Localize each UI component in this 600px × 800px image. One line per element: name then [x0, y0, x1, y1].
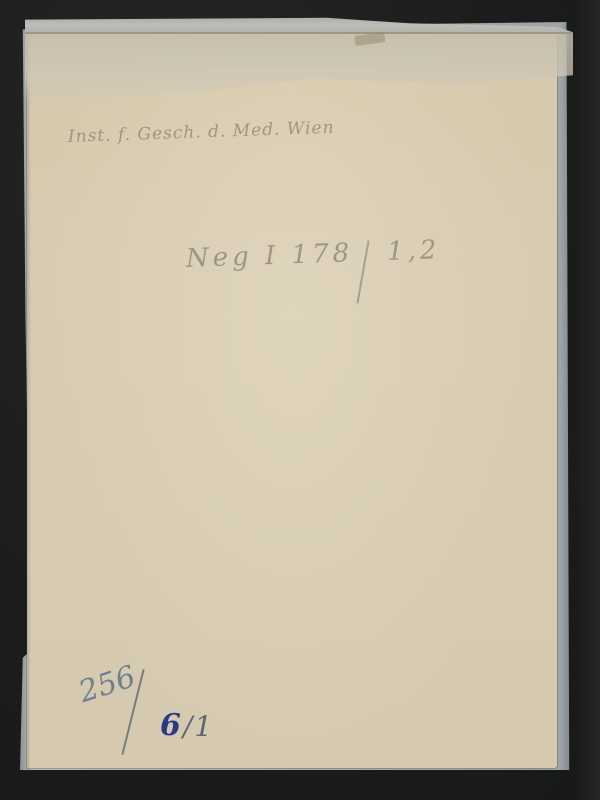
negative-number: Neg I 178	[185, 238, 353, 274]
scanned-document: Inst. f. Gesch. d. Med. Wien Neg I 1781,…	[0, 0, 600, 800]
negative-suffix: 1,2	[387, 235, 441, 267]
inventory-suffix: /1	[183, 710, 214, 743]
inventory-suffix-blue: 6	[160, 708, 181, 743]
card-edge-shadow	[27, 32, 31, 768]
